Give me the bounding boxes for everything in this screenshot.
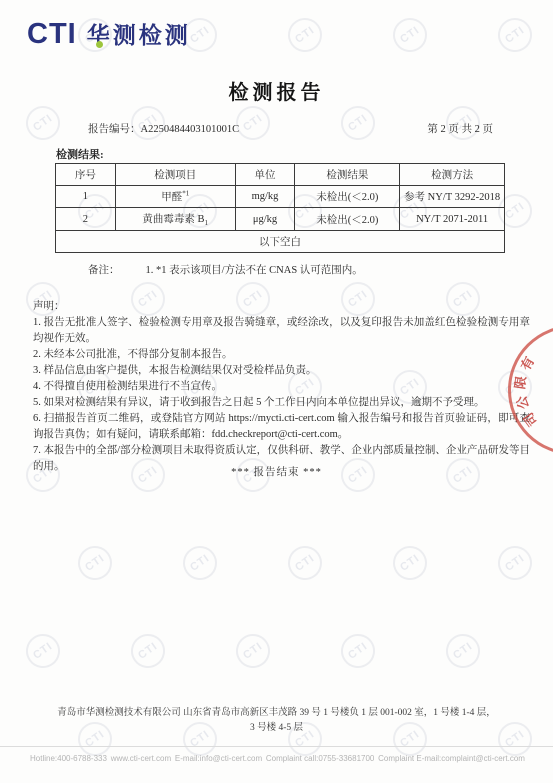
- statement-item: 1. 报告无批准人签字、检验检测专用章及报告骑缝章，或经涂改，以及复印报告未加盖…: [33, 315, 530, 347]
- report-meta: 报告编号：A2250484403101001C 第 2 页 共 2 页: [88, 121, 493, 136]
- cti-watermark-icon: CTI: [439, 627, 486, 674]
- cti-watermark-icon: CTI: [281, 11, 328, 58]
- cti-logo-dot-icon: [96, 41, 103, 48]
- cti-logo: CTI 华测检测: [27, 20, 191, 49]
- cell-method: NY/T 2071-2011: [400, 208, 505, 231]
- cti-watermark-icon: CTI: [491, 11, 538, 58]
- report-number: 报告编号：A2250484403101001C: [88, 121, 239, 136]
- cti-watermark-icon: CTI: [176, 539, 223, 586]
- cti-logo-text: CTI: [27, 20, 77, 49]
- cell-unit: μg/kg: [235, 208, 295, 231]
- cell-item: 黄曲霉毒素 B1: [115, 208, 235, 231]
- cti-watermark-icon: CTI: [71, 539, 118, 586]
- item-subscript: 1: [205, 219, 209, 227]
- item-text: 甲醛: [161, 192, 182, 203]
- statement-item: 6. 扫描报告首页二维码，或登陆官方网站 https://mycti.cti-c…: [33, 411, 530, 443]
- cell-result: 未检出(＜2.0): [295, 208, 400, 231]
- results-section-label: 检测结果:: [56, 146, 104, 162]
- header-result: 检测结果: [295, 164, 400, 186]
- cti-watermark-icon: CTI: [281, 539, 328, 586]
- header-method: 检测方法: [400, 164, 505, 186]
- item-text: 黄曲霉毒素 B: [142, 214, 204, 225]
- statement-label: 声明：: [33, 299, 530, 315]
- statement-section: 声明： 1. 报告无批准人签字、检验检测专用章及报告骑缝章，或经涂改，以及复印报…: [33, 299, 530, 475]
- item-footnote-marker: *1: [182, 190, 189, 198]
- cell-seq: 2: [56, 208, 116, 231]
- cti-watermark-icon: CTI: [386, 11, 433, 58]
- cell-method: 参考 NY/T 3292-2018: [400, 186, 505, 208]
- cti-watermark-icon: CTI: [386, 539, 433, 586]
- header-seq: 序号: [56, 164, 116, 186]
- statement-item: 4. 不得擅自使用检测结果进行不当宣传。: [33, 379, 530, 395]
- footer-divider: [0, 746, 553, 747]
- cti-watermark-icon: CTI: [229, 627, 276, 674]
- complaint-email-text: Complaint E-mail:complaint@cti-cert.com: [378, 754, 525, 763]
- header-item: 检测项目: [115, 164, 235, 186]
- remark-text: 1. *1 表示该项目/方法不在 CNAS 认可范围内。: [146, 262, 363, 277]
- cti-watermark-icon: CTI: [19, 99, 66, 146]
- website-text: www.cti-cert.com: [111, 754, 171, 763]
- blank-row-text: 以下空白: [56, 231, 505, 253]
- page-indicator: 第 2 页 共 2 页: [427, 121, 493, 136]
- header-unit: 单位: [235, 164, 295, 186]
- cell-item: 甲醛*1: [115, 186, 235, 208]
- hotline-text: Hotline:400-6788-333: [30, 754, 107, 763]
- cell-unit: mg/kg: [235, 186, 295, 208]
- results-table: 序号 检测项目 单位 检测结果 检测方法 1 甲醛*1 mg/kg 未检出(＜2…: [55, 163, 505, 253]
- report-page: CTICTICTICTICTICTICTICTICTICTICTICTICTIC…: [0, 0, 553, 783]
- complaint-call-text: Complaint call:0755-33681700: [266, 754, 375, 763]
- report-end-marker: *** 报告结束 ***: [0, 464, 553, 479]
- stamp-character: 限: [513, 375, 528, 390]
- page-title: 检测报告: [0, 76, 553, 105]
- statement-item: 5. 如果对检测结果有异议，请于收到报告之日起 5 个工作日内向本单位提出异议，…: [33, 395, 530, 411]
- cti-watermark-icon: CTI: [334, 627, 381, 674]
- report-number-label: 报告编号：: [88, 124, 141, 135]
- table-row: 1 甲醛*1 mg/kg 未检出(＜2.0) 参考 NY/T 3292-2018: [56, 186, 505, 208]
- cti-watermark-icon: CTI: [124, 627, 171, 674]
- cti-watermark-icon: CTI: [491, 539, 538, 586]
- company-address: 青岛市华测检测技术有限公司 山东省青岛市高新区丰茂路 39 号 1 号楼负 1 …: [56, 706, 497, 736]
- footer-contact-bar: Hotline:400-6788-333 www.cti-cert.com E-…: [30, 754, 525, 763]
- table-row: 2 黄曲霉毒素 B1 μg/kg 未检出(＜2.0) NY/T 2071-201…: [56, 208, 505, 231]
- report-number-value: A2250484403101001C: [141, 124, 240, 135]
- cell-seq: 1: [56, 186, 116, 208]
- statement-item: 2. 未经本公司批准，不得部分复制本报告。: [33, 347, 530, 363]
- remark-row: 备注： 1. *1 表示该项目/方法不在 CNAS 认可范围内。: [88, 262, 513, 277]
- table-blank-row: 以下空白: [56, 231, 505, 253]
- email-text: E-mail:info@cti-cert.com: [175, 754, 262, 763]
- cell-result: 未检出(＜2.0): [295, 186, 400, 208]
- table-header-row: 序号 检测项目 单位 检测结果 检测方法: [56, 164, 505, 186]
- remark-label: 备注：: [88, 262, 120, 277]
- cti-watermark-icon: CTI: [19, 627, 66, 674]
- statement-item: 3. 样品信息由客户提供，本报告检测结果仅对受检样品负责。: [33, 363, 530, 379]
